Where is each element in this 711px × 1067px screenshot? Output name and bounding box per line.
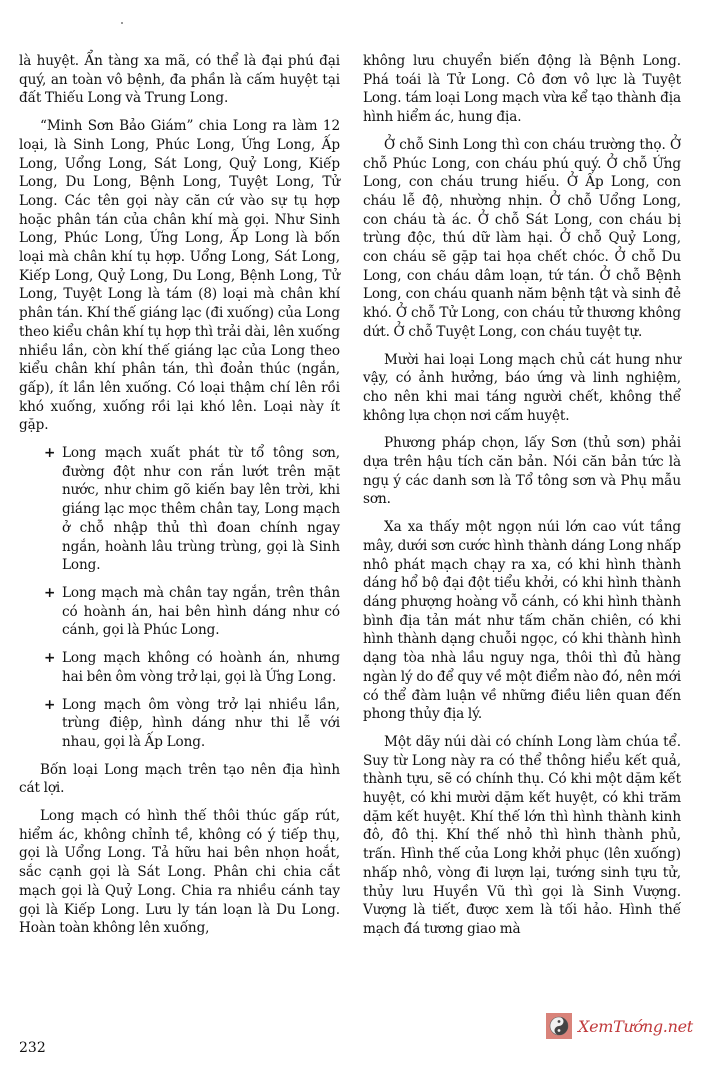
list-item-text: Long mạch xuất phát từ tổ tông sơn, đườn… [62,445,340,573]
page-number: 232 [19,1040,46,1056]
paragraph: “Minh Sơn Bảo Giám” chia Long ra làm 12 … [19,117,340,435]
paragraph: Một dãy núi dài có chính Long làm chúa t… [363,733,681,939]
paragraph: Phương pháp chọn, lấy Sơn (thủ sơn) phải… [363,434,681,509]
list-item: + Long mạch mà chân tay ngắn, trên thân … [19,584,340,640]
watermark-link[interactable]: XemTướng.net [546,1013,693,1039]
plus-bullet-icon: + [44,696,55,715]
paragraph: Long mạch có hình thế thôi thúc gấp rút,… [19,807,340,938]
paragraph: là huyệt. Ẩn tàng xa mã, có thể là đại p… [19,52,340,108]
list-item: + Long mạch ôm vòng trở lại nhiều lần, t… [19,696,340,752]
list-item: + Long mạch xuất phát từ tổ tông sơn, đư… [19,444,340,575]
scan-speck [121,22,123,24]
list-item-text: Long mạch ôm vòng trở lại nhiều lần, trù… [62,697,340,750]
paragraph: Mười hai loại Long mạch chủ cát hung như… [363,351,681,426]
paragraph: Bốn loại Long mạch trên tạo nên địa hình… [19,761,340,798]
left-column: là huyệt. Ẩn tàng xa mã, có thể là đại p… [19,52,340,947]
paragraph: Ở chỗ Sinh Long thì con cháu trường thọ.… [363,136,681,342]
list-item: + Long mạch không có hoành án, nhưng hai… [19,649,340,686]
watermark-text: XemTướng.net [578,1017,693,1036]
plus-bullet-icon: + [44,649,55,668]
plus-bullet-icon: + [44,584,55,603]
yin-yang-icon [546,1013,572,1039]
bullet-list: + Long mạch xuất phát từ tổ tông sơn, đư… [19,444,340,752]
paragraph: Xa xa thấy một ngọn núi lớn cao vút tầng… [363,518,681,724]
book-page: là huyệt. Ẩn tàng xa mã, có thể là đại p… [0,0,711,1067]
paragraph: không lưu chuyển biến động là Bệnh Long.… [363,52,681,127]
list-item-text: Long mạch không có hoành án, nhưng hai b… [62,650,340,685]
right-column: không lưu chuyển biến động là Bệnh Long.… [363,52,681,948]
list-item-text: Long mạch mà chân tay ngắn, trên thân có… [62,585,340,638]
plus-bullet-icon: + [44,444,55,463]
